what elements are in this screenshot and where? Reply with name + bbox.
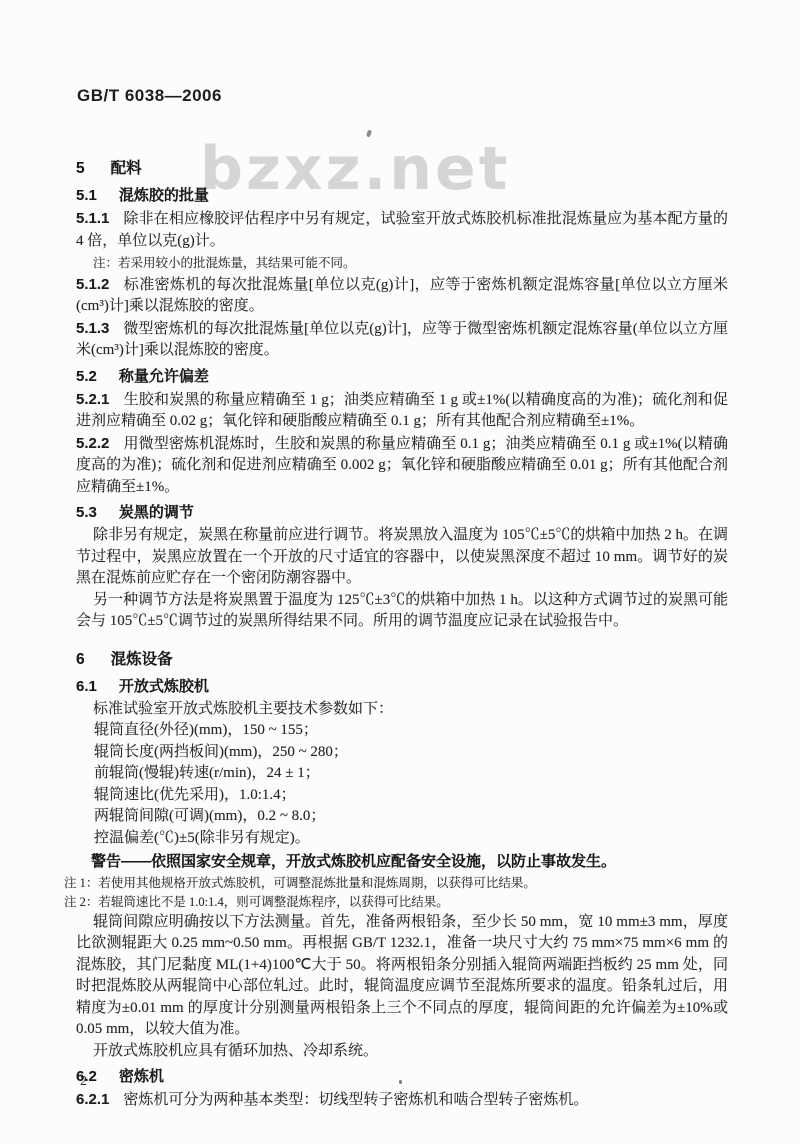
clause-number: 6 [76,651,85,668]
clause-number: 5.1 [76,187,97,204]
clause-5.2.2: 5.2.2用微型密炼机混炼时，生胶和炭黑的称量应精确至 0.1 g；油类应精确至… [76,433,728,499]
clause-number: 5 [76,160,85,177]
clause-number: 5.3 [76,504,97,521]
clause-number: 5.1.2 [76,276,109,293]
heading-5: 5配料 [76,158,728,179]
scan-speck [399,1080,402,1084]
clause-text: 微型密炼机的每次批混炼量[单位以克(g)计]，应等于微型密炼机额定混炼容量(单位… [76,321,728,359]
spec-list-item: 辊筒直径(外径)(mm)，150 ~ 155； [94,720,728,742]
document-page: bzxz.net GB/T 6038—2006 5配料5.1混炼胶的批量5.1.… [0,0,800,1144]
clause-number: 5.1.3 [76,320,109,337]
clause-text: 标准密炼机的每次批混炼量[单位以克(g)计]，应等于密炼机额定混炼容量[单位以立… [76,277,728,315]
paragraph: 辊筒间隙应明确按以下方法测量。首先，准备两根铅条，至少长 50 mm，宽 10 … [76,912,728,1041]
paragraph: 开放式炼胶机应具有循环加热、冷却系统。 [76,1041,728,1063]
clause-number: 5.2.2 [76,435,109,452]
clause-5.1.2: 5.1.2标准密炼机的每次批混炼量[单位以克(g)计]，应等于密炼机额定混炼容量… [76,274,728,318]
clause-text: 生胶和炭黑的称量应精确至 1 g；油类应精确至 1 g 或±1%(以精确度高的为… [76,392,728,430]
spec-list-item: 辊筒速比(优先采用)，1.0:1.4； [94,785,728,807]
heading-title: 炭黑的调节 [119,504,194,521]
spec-list-item: 辊筒长度(两挡板间)(mm)，250 ~ 280； [94,742,728,764]
clause-5.2.1: 5.2.1生胶和炭黑的称量应精确至 1 g；油类应精确至 1 g 或±1%(以精… [76,389,728,433]
heading-title: 称量允许偏差 [119,368,209,385]
warning-text: 警告——依照国家安全规章，开放式炼胶机应配备安全设施，以防止事故发生。 [76,851,728,873]
heading-title: 开放式炼胶机 [119,678,209,695]
page-number: 2 [80,1074,87,1090]
paragraph: 另一种调节方法是将炭黑置于温度为 125℃±3℃的烘箱中加热 1 h。以这种方式… [76,590,728,633]
heading-5.1: 5.1混炼胶的批量 [76,185,728,206]
document-body: 5配料5.1混炼胶的批量5.1.1除非在相应橡胶评估程序中另有规定，试验室开放式… [76,142,728,1112]
paragraph: 标准试验室开放式炼胶机主要技术参数如下： [76,699,728,721]
note-text: 注 2：若辊筒速比不是 1.0:1.4，则可调整混炼程序，以获得可比结果。 [64,893,728,912]
heading-title: 配料 [111,160,142,177]
heading-6: 6混炼设备 [76,649,728,670]
clause-5.1.3: 5.1.3微型密炼机的每次批混炼量[单位以克(g)计]，应等于微型密炼机额定混炼… [76,318,728,362]
heading-title: 密炼机 [119,1068,164,1085]
clause-text: 除非在相应橡胶评估程序中另有规定，试验室开放式炼胶机标准批混炼量应为基本配方量的… [76,211,728,249]
heading-title: 混炼设备 [111,651,173,668]
standard-number: GB/T 6038—2006 [77,86,222,106]
paragraph: 除非另有规定，炭黑在称量前应进行调节。将炭黑放入温度为 105℃±5℃的烘箱中加… [76,525,728,590]
note-text: 注 1：若使用其他规格开放式炼胶机，可调整混炼批量和混炼周期，以获得可比结果。 [64,874,728,893]
clause-5.1.1: 5.1.1除非在相应橡胶评估程序中另有规定，试验室开放式炼胶机标准批混炼量应为基… [76,208,728,252]
spec-list-item: 控温偏差(℃)±5(除非另有规定)。 [94,828,728,850]
heading-6.2: 6.2密炼机 [76,1066,728,1087]
heading-title: 混炼胶的批量 [119,187,209,204]
heading-6.1: 6.1开放式炼胶机 [76,676,728,697]
note-text: 注：若采用较小的批混炼量，其结果可能不同。 [93,254,728,273]
heading-5.2: 5.2称量允许偏差 [76,366,728,387]
clause-number: 5.1.1 [76,210,109,227]
clause-number: 5.2 [76,368,97,385]
spec-list-item: 前辊筒(慢辊)转速(r/min)，24 ± 1； [94,763,728,785]
clause-number: 6.1 [76,678,97,695]
heading-5.3: 5.3炭黑的调节 [76,502,728,523]
clause-number: 6.2.1 [76,1091,109,1108]
spec-list-item: 两辊筒间隙(可调)(mm)，0.2 ~ 8.0； [94,806,728,828]
clause-number: 5.2.1 [76,391,109,408]
clause-text: 用微型密炼机混炼时，生胶和炭黑的称量应精确至 0.1 g；油类应精确至 0.1 … [76,436,728,495]
clause-text: 密炼机可分为两种基本类型：切线型转子密炼机和啮合型转子密炼机。 [123,1092,588,1108]
clause-6.2.1: 6.2.1密炼机可分为两种基本类型：切线型转子密炼机和啮合型转子密炼机。 [76,1089,728,1112]
